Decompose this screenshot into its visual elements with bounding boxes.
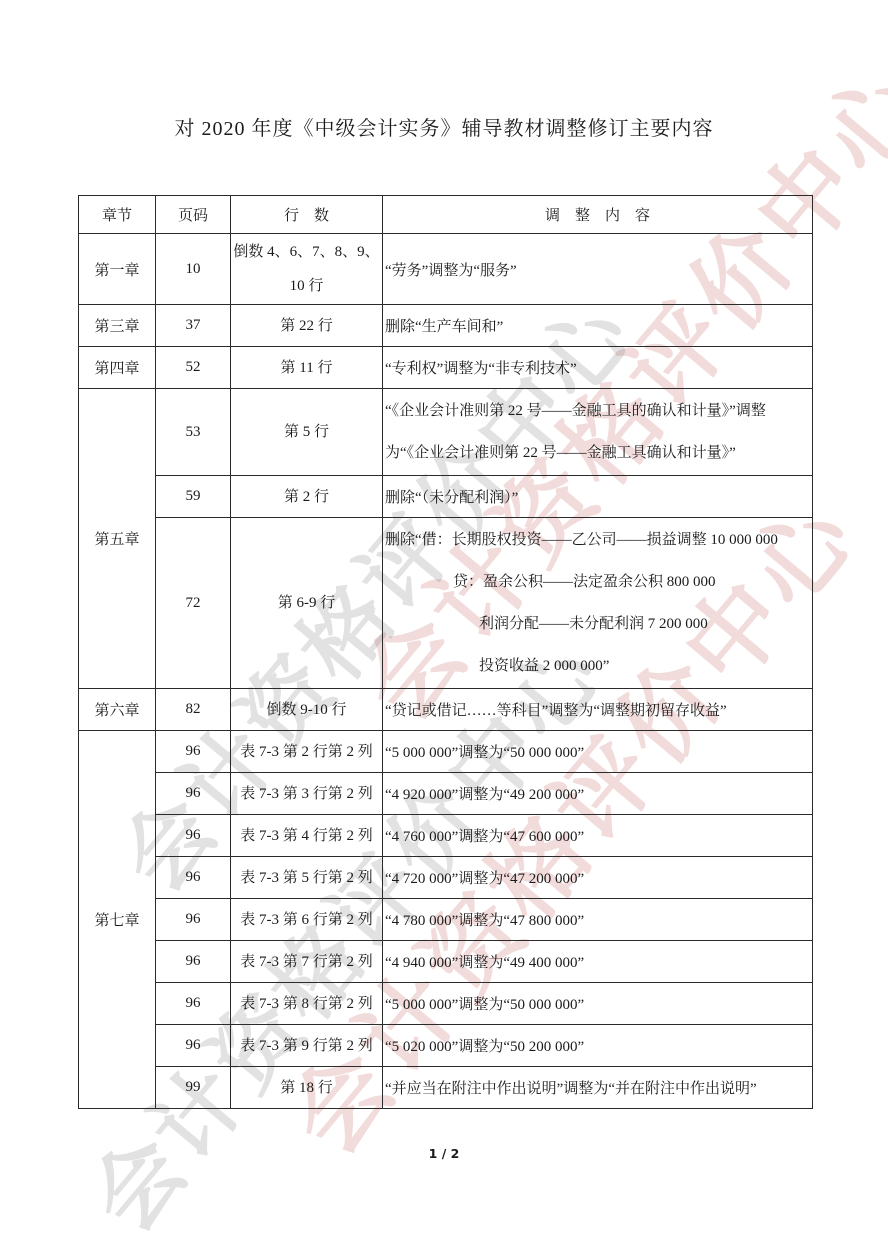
chapter-cell: 第一章 xyxy=(79,234,156,305)
content-line: “劳务”调整为“服务” xyxy=(385,259,810,280)
content-line: 删除“借：长期股权投资——乙公司——损益调整 10 000 000 xyxy=(385,519,810,561)
lines-cell: 表 7-3 第 2 行第 2 列 xyxy=(231,731,383,773)
table-row: 96表 7-3 第 8 行第 2 列“5 000 000”调整为“50 000 … xyxy=(79,983,813,1025)
table-row: 72第 6-9 行删除“借：长期股权投资——乙公司——损益调整 10 000 0… xyxy=(79,518,813,689)
page-cell: 99 xyxy=(156,1067,231,1109)
table-row: 96表 7-3 第 6 行第 2 列“4 780 000”调整为“47 800 … xyxy=(79,899,813,941)
lines-cell: 第 22 行 xyxy=(231,305,383,347)
page-cell: 96 xyxy=(156,899,231,941)
page-cell: 82 xyxy=(156,689,231,731)
page-cell: 96 xyxy=(156,857,231,899)
content-cell: “5 000 000”调整为“50 000 000” xyxy=(383,983,813,1025)
table-row: 99第 18 行“并应当在附注中作出说明”调整为“并在附注中作出说明” xyxy=(79,1067,813,1109)
table-row: 第五章53第 5 行“《企业会计准则第 22 号——金融工具的确认和计量》”调整… xyxy=(79,389,813,476)
content-cell: “劳务”调整为“服务” xyxy=(383,234,813,305)
table-header: 章节 页码 行 数 调 整 内 容 xyxy=(79,196,813,234)
content-cell: “4 720 000”调整为“47 200 000” xyxy=(383,857,813,899)
content-cell: “专利权”调整为“非专利技术” xyxy=(383,347,813,389)
page-cell: 59 xyxy=(156,476,231,518)
table-row: 96表 7-3 第 5 行第 2 列“4 720 000”调整为“47 200 … xyxy=(79,857,813,899)
lines-cell: 表 7-3 第 7 行第 2 列 xyxy=(231,941,383,983)
chapter-cell: 第五章 xyxy=(79,389,156,689)
table-row: 96表 7-3 第 7 行第 2 列“4 940 000”调整为“49 400 … xyxy=(79,941,813,983)
content-line: 贷：盈余公积——法定盈余公积 800 000 xyxy=(385,561,810,603)
page-cell: 96 xyxy=(156,773,231,815)
page-number: 1 / 2 xyxy=(0,1146,888,1161)
table-row: 第四章52第 11 行“专利权”调整为“非专利技术” xyxy=(79,347,813,389)
page-cell: 10 xyxy=(156,234,231,305)
content-line: “贷记或借记……等科目”调整为“调整期初留存收益” xyxy=(385,699,810,720)
table-row: 第七章96表 7-3 第 2 行第 2 列“5 000 000”调整为“50 0… xyxy=(79,731,813,773)
content-cell: “4 920 000”调整为“49 200 000” xyxy=(383,773,813,815)
content-cell: 删除“生产车间和” xyxy=(383,305,813,347)
column-header-page: 页码 xyxy=(156,196,231,234)
table-row: 第三章37第 22 行删除“生产车间和” xyxy=(79,305,813,347)
page-cell: 96 xyxy=(156,1025,231,1067)
content-line: “5 020 000”调整为“50 200 000” xyxy=(385,1035,810,1056)
content-cell: “5 000 000”调整为“50 000 000” xyxy=(383,731,813,773)
content-line: 投资收益 2 000 000” xyxy=(385,645,810,687)
header-row: 章节 页码 行 数 调 整 内 容 xyxy=(79,196,813,234)
content-cell: 删除“借：长期股权投资——乙公司——损益调整 10 000 000贷：盈余公积—… xyxy=(383,518,813,689)
page-cell: 37 xyxy=(156,305,231,347)
content-line: “4 940 000”调整为“49 400 000” xyxy=(385,951,810,972)
page-cell: 52 xyxy=(156,347,231,389)
lines-cell: 第 2 行 xyxy=(231,476,383,518)
column-header-chapter: 章节 xyxy=(79,196,156,234)
page-cell: 96 xyxy=(156,731,231,773)
chapter-cell: 第三章 xyxy=(79,305,156,347)
content-line: 为“《企业会计准则第 22 号——金融工具确认和计量》” xyxy=(385,432,810,474)
content-cell: “4 940 000”调整为“49 400 000” xyxy=(383,941,813,983)
content-cell: “并应当在附注中作出说明”调整为“并在附注中作出说明” xyxy=(383,1067,813,1109)
content-line: “4 920 000”调整为“49 200 000” xyxy=(385,783,810,804)
content-line: “5 000 000”调整为“50 000 000” xyxy=(385,741,810,762)
lines-cell: 倒数 4、6、7、8、9、10 行 xyxy=(231,234,383,305)
revision-table: 章节 页码 行 数 调 整 内 容 第一章10倒数 4、6、7、8、9、10 行… xyxy=(78,195,813,1109)
table-row: 96表 7-3 第 3 行第 2 列“4 920 000”调整为“49 200 … xyxy=(79,773,813,815)
lines-cell: 第 6-9 行 xyxy=(231,518,383,689)
content-line: “专利权”调整为“非专利技术” xyxy=(385,357,810,378)
content-line: 利润分配——未分配利润 7 200 000 xyxy=(385,603,810,645)
document-title: 对 2020 年度《中级会计实务》辅导教材调整修订主要内容 xyxy=(0,112,888,141)
chapter-cell: 第七章 xyxy=(79,731,156,1109)
lines-cell: 表 7-3 第 4 行第 2 列 xyxy=(231,815,383,857)
table-row: 第六章82倒数 9-10 行“贷记或借记……等科目”调整为“调整期初留存收益” xyxy=(79,689,813,731)
lines-cell: 第 18 行 xyxy=(231,1067,383,1109)
content-line: 删除“生产车间和” xyxy=(385,315,810,336)
content-line: “4 780 000”调整为“47 800 000” xyxy=(385,909,810,930)
lines-cell: 表 7-3 第 6 行第 2 列 xyxy=(231,899,383,941)
lines-cell: 第 5 行 xyxy=(231,389,383,476)
page-cell: 96 xyxy=(156,941,231,983)
page-cell: 96 xyxy=(156,815,231,857)
content-line: “《企业会计准则第 22 号——金融工具的确认和计量》”调整 xyxy=(385,390,810,432)
lines-cell: 表 7-3 第 9 行第 2 列 xyxy=(231,1025,383,1067)
column-header-lines: 行 数 xyxy=(231,196,383,234)
content-line: 删除“（未分配利润）” xyxy=(385,486,810,507)
content-cell: “《企业会计准则第 22 号——金融工具的确认和计量》”调整为“《企业会计准则第… xyxy=(383,389,813,476)
table-row: 96表 7-3 第 9 行第 2 列“5 020 000”调整为“50 200 … xyxy=(79,1025,813,1067)
document-page: 会计资格评价中心 会计资格评价中心 会计资格评价中心 会计资格评价中心 对 20… xyxy=(0,0,888,1256)
page-cell: 72 xyxy=(156,518,231,689)
lines-cell: 表 7-3 第 8 行第 2 列 xyxy=(231,983,383,1025)
content-line: “4 720 000”调整为“47 200 000” xyxy=(385,867,810,888)
content-cell: “5 020 000”调整为“50 200 000” xyxy=(383,1025,813,1067)
page-cell: 53 xyxy=(156,389,231,476)
lines-cell: 表 7-3 第 3 行第 2 列 xyxy=(231,773,383,815)
lines-cell: 表 7-3 第 5 行第 2 列 xyxy=(231,857,383,899)
page-cell: 96 xyxy=(156,983,231,1025)
content-line: “5 000 000”调整为“50 000 000” xyxy=(385,993,810,1014)
table-row: 96表 7-3 第 4 行第 2 列“4 760 000”调整为“47 600 … xyxy=(79,815,813,857)
content-line: “并应当在附注中作出说明”调整为“并在附注中作出说明” xyxy=(385,1077,810,1098)
lines-cell: 倒数 9-10 行 xyxy=(231,689,383,731)
content-cell: “4 780 000”调整为“47 800 000” xyxy=(383,899,813,941)
column-header-content: 调 整 内 容 xyxy=(383,196,813,234)
table-row: 第一章10倒数 4、6、7、8、9、10 行“劳务”调整为“服务” xyxy=(79,234,813,305)
content-line: “4 760 000”调整为“47 600 000” xyxy=(385,825,810,846)
content-cell: “贷记或借记……等科目”调整为“调整期初留存收益” xyxy=(383,689,813,731)
table-row: 59第 2 行删除“（未分配利润）” xyxy=(79,476,813,518)
lines-cell: 第 11 行 xyxy=(231,347,383,389)
content-cell: “4 760 000”调整为“47 600 000” xyxy=(383,815,813,857)
content-cell: 删除“（未分配利润）” xyxy=(383,476,813,518)
chapter-cell: 第四章 xyxy=(79,347,156,389)
chapter-cell: 第六章 xyxy=(79,689,156,731)
